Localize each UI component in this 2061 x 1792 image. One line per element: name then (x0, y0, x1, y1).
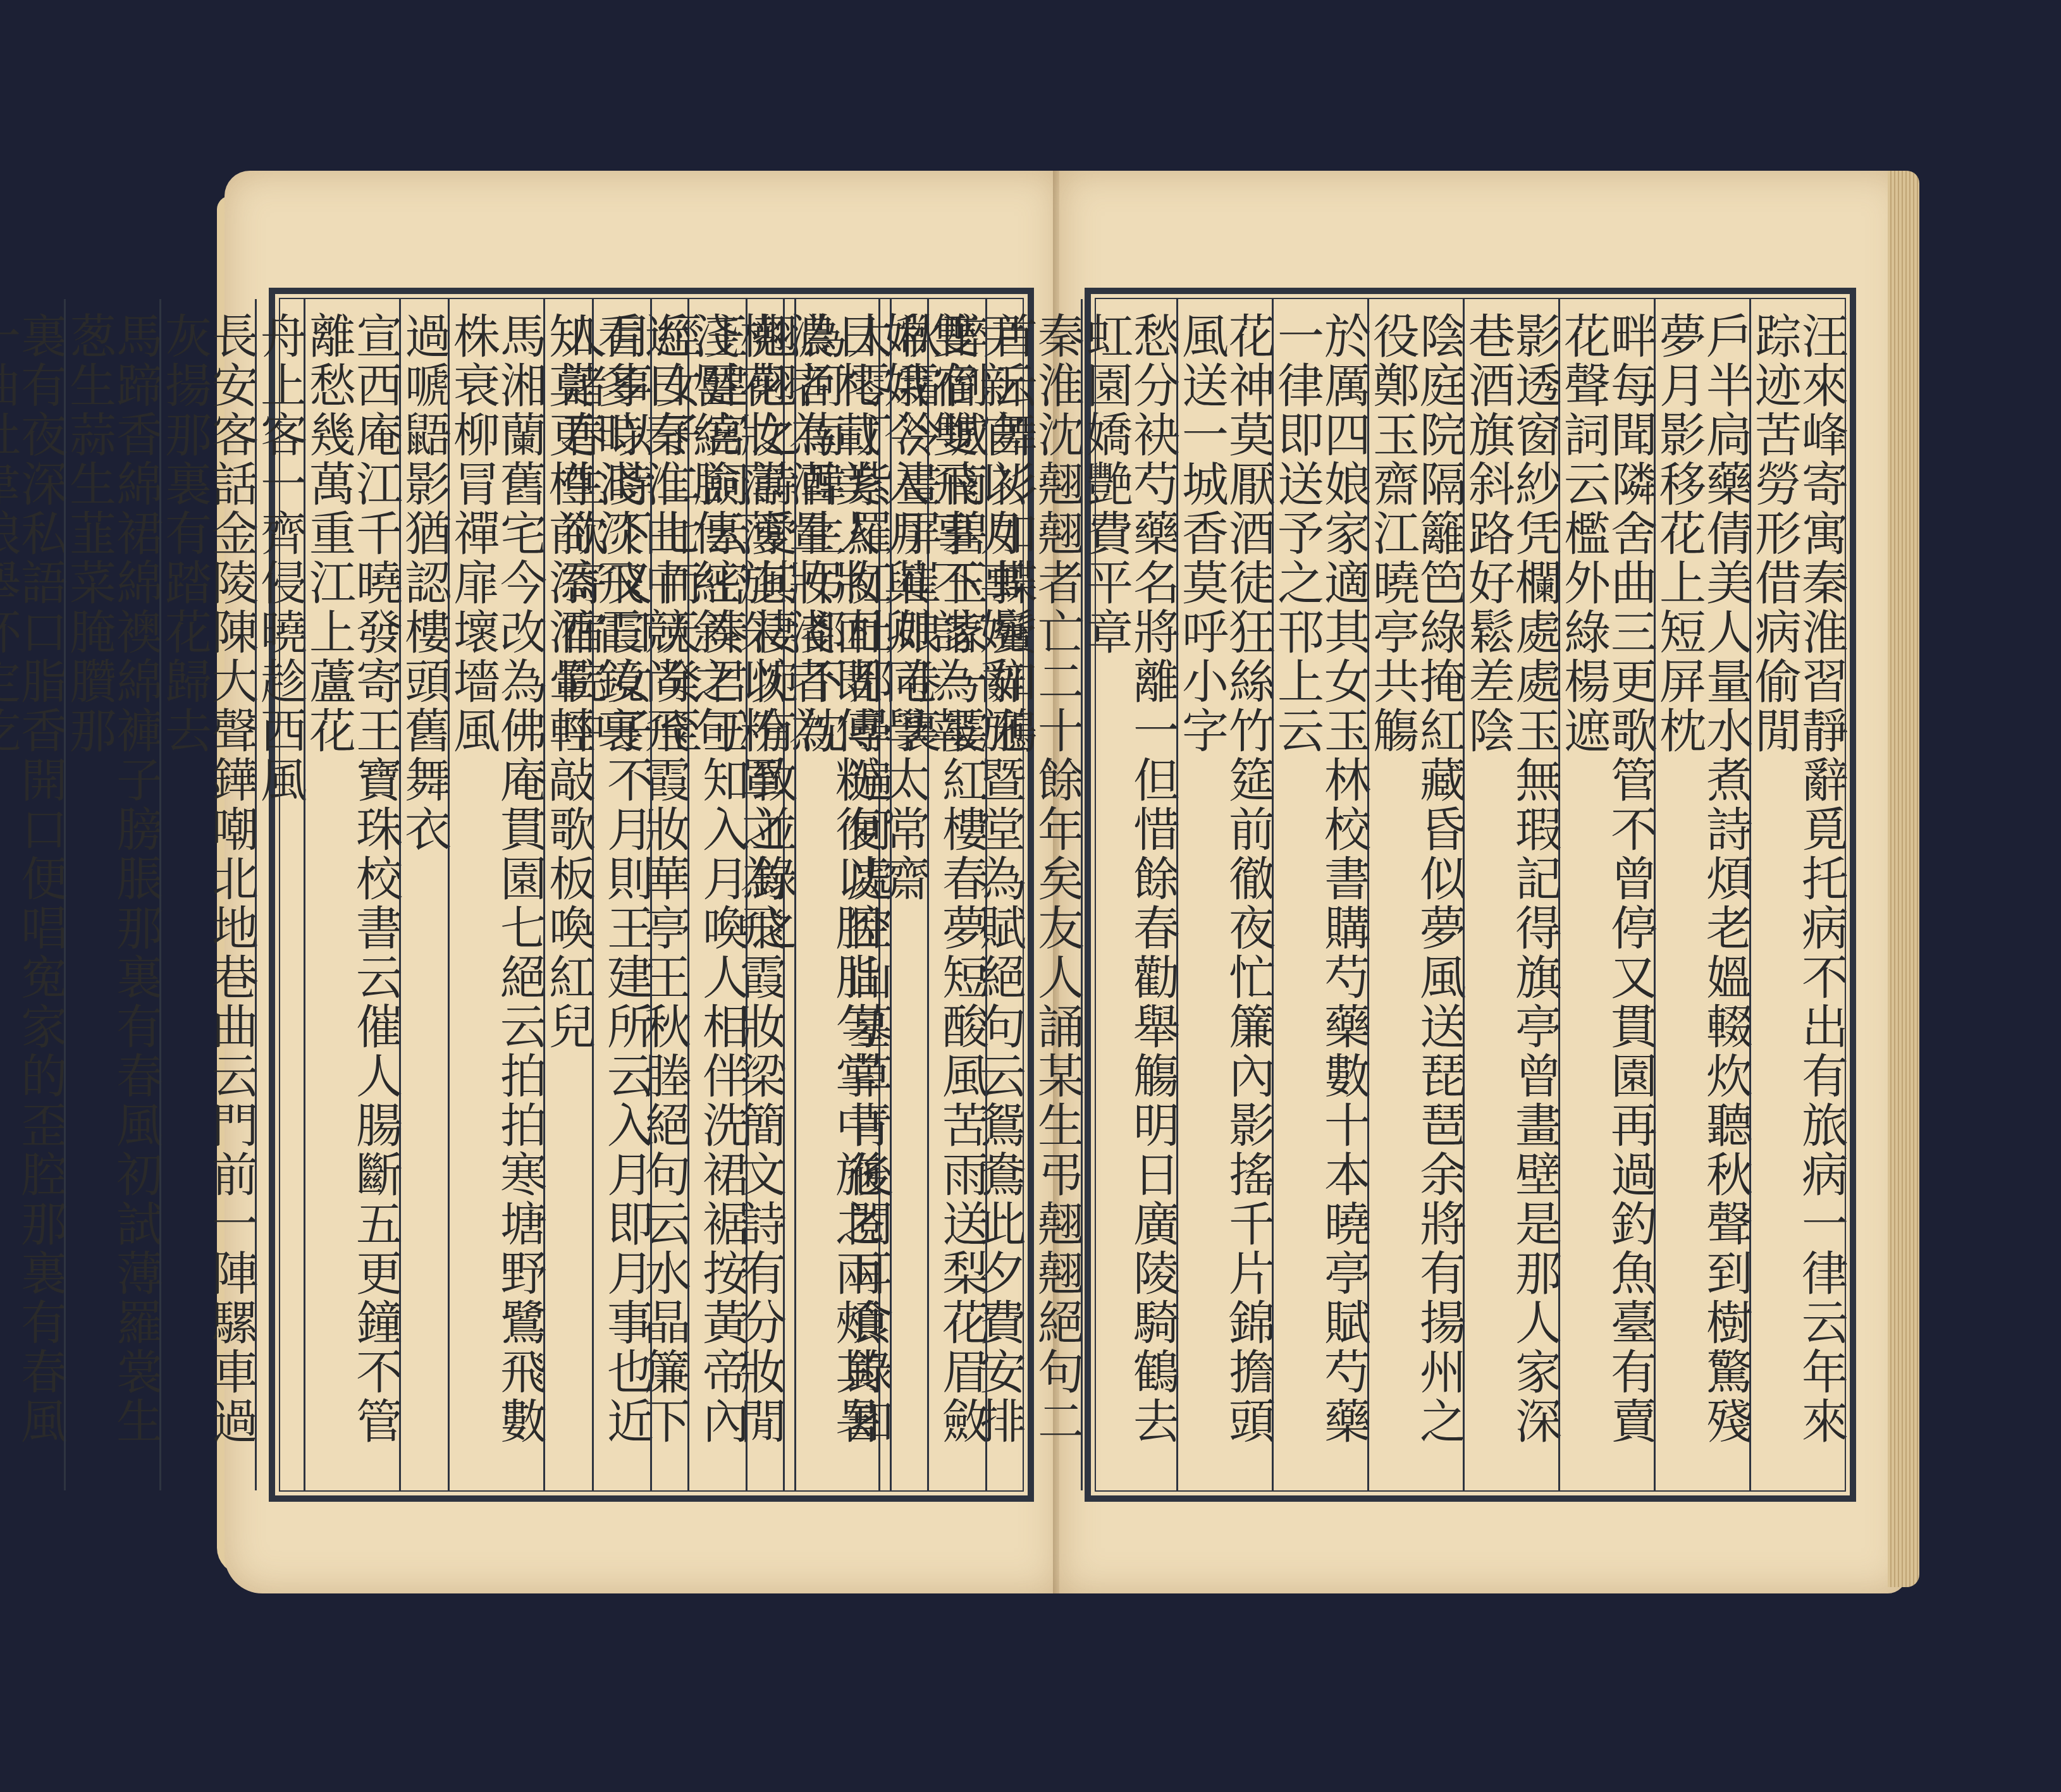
text-column: 宣西庵江千曉發寄王寶珠校書云催人腸斷五更鐘不管離愁幾萬重江上蘆花 (304, 299, 399, 1490)
text-column: 影透窗紗凭欄處處玉無瑕記得旗亭曾畫壁是那人家深巷酒旗斜路好鬆差陰 (1463, 299, 1558, 1490)
right-text-columns: 汪來峰寄寓秦淮習靜辭覓托病不出有旅病一律云年來踪迹苦勞形借病偷閒 戶半扃藥倩美人… (1096, 299, 1845, 1490)
text-column: 醉倒城南碧玉家一霎紅樓春夢短酸風苦雨送梨花眉斂秋霜冷畫屏崔娘卷裏 (890, 299, 985, 1490)
book-spread: 尹新官以月事婉辭施暨堂為賦絕句云鴛鴦此夕費安排雙宿雙飛事不諧為報 嫦娥今入月與卿… (225, 171, 1907, 1593)
text-column: 長安客話金陵陳大聲鏵嘲北地巷曲云門前一陣騾車過灰揚那裏有踏花歸去 (159, 299, 255, 1490)
text-column: 馬蹄香綿裙綿襖綿褲子膀脹那裏有春風初試薄羅裳生葱生蒜生韮菜腌臢那 (64, 299, 159, 1490)
text-column: 太零丁紫羅紅杜都尋遍何處空山墓草青後閱耳食錄知為河南韓生弔都下沈 (794, 299, 890, 1490)
text-column: 馬湘蘭舊宅今改為佛庵貫園七絕云拍拍寒塘野鷺飛數株衰柳冐禪扉壞墻風 (448, 299, 543, 1490)
text-column: 裏有夜深私語口脂香開口便唱寃家的歪腔那裏有春風一曲杜韋娘舉杯定吃 (0, 299, 64, 1490)
text-column: 於厲四娘家適其女玉林校書購芍藥數十本曉亭賦芍藥一律即送予之邗上云 (1272, 299, 1367, 1490)
text-column: 王建宮詞云密奏君王知入月喚人相伴洗裙裾按黃帝內經女子二七而天癸至 (650, 299, 746, 1490)
text-column: 汪來峰寄寓秦淮習靜辭覓托病不出有旅病一律云年來踪迹苦勞形借病偷閒 (1749, 299, 1845, 1490)
right-page-frame: 汪來峰寄寓秦淮習靜辭覓托病不出有旅病一律云年來踪迹苦勞形借病偷閒 戶半扃藥倩美人… (1085, 288, 1856, 1502)
text-column: 花神莫厭酒徒狂絲竹筵前徹夜忙簾內影搖千片錦擔頭風送一城香莫呼小字 (1176, 299, 1272, 1490)
text-column: 舟上客一齊侵曉趁西風 (255, 299, 304, 1490)
text-column: 戶半扃藥倩美人量水煮詩煩老媼輟炊聽秋聲到樹驚殘夢月影移花上短屏枕 (1654, 299, 1749, 1490)
text-column: 過嗁鼯影猶認樓頭舊舞衣 (399, 299, 448, 1490)
text-column: 翹翹之詩愛其淒惋有致並錄之 (746, 299, 794, 1490)
text-column: 月事以時下又曰女子不月則王建所云入月即月事也近人諸春生欲寄宿院中 (557, 299, 650, 1490)
right-page: 汪來峰寄寓秦淮習靜辭覓托病不出有旅病一律云年來踪迹苦勞形借病偷閒 戶半扃藥倩美人… (1059, 171, 1907, 1593)
right-page-edges (1888, 171, 1919, 1587)
text-column: 愁分袂芍藥名將離一但惜餘春勸舉觴明日廣陵騎鶴去虹園嬌艷費平章 (1081, 299, 1176, 1490)
text-column: 陰庭院隔籬笆綠掩紅藏昏似夢風送琵琶余將有揚州之役鄭玉齋江曉亭共觴 (1367, 299, 1463, 1490)
text-column: 畔每聞隣舍曲三更歌管不曾停又貫園再過釣魚臺有賣花聲詞云檻外綠楊遮 (1558, 299, 1654, 1490)
text-column: 秦淮沈翹翹者亡二十餘年矣友人誦某生弔翹翹絕句二首云舞衫如蝶鬢如鴉 (985, 299, 1081, 1490)
